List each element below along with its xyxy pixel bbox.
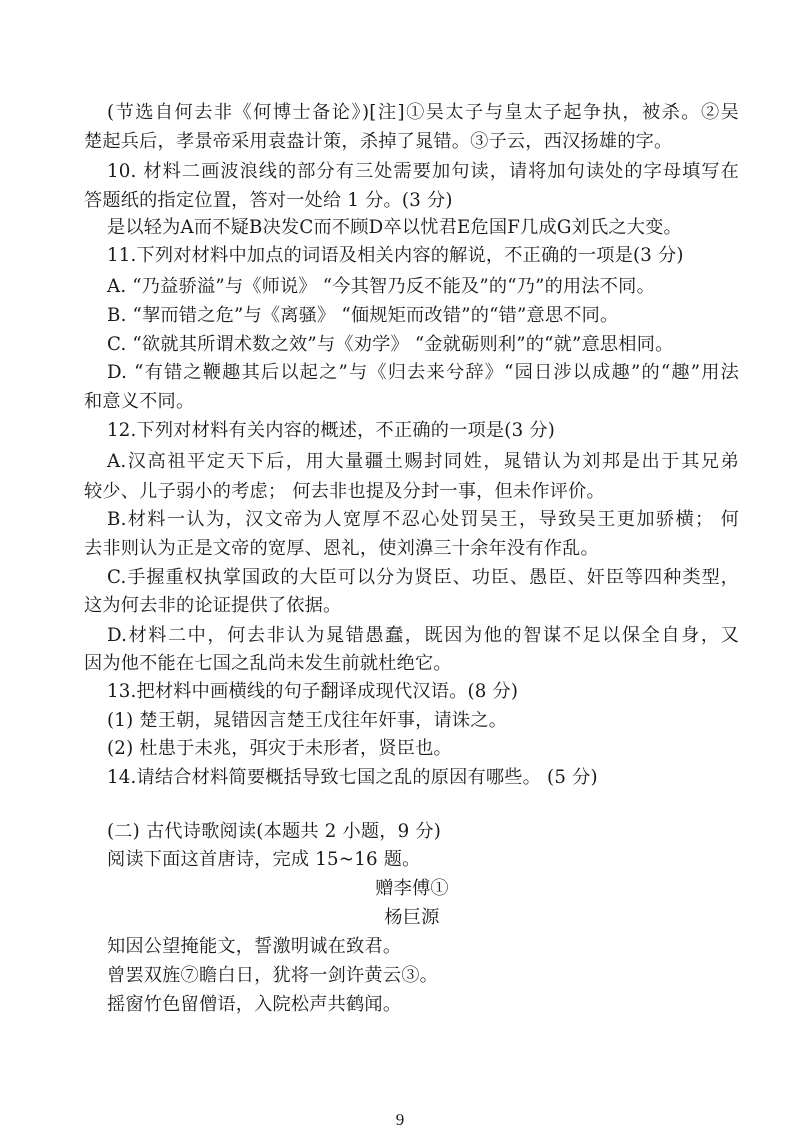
q11-option-c: C. “欲就其所谓术数之效”与《劝学》 “金就砺则利”的“就”意思相同。 xyxy=(107,333,747,357)
exam-page: (节选自何去非《何博士备论》)[注]①吴太子与皇太子起争执，被杀。②吴 楚起兵后… xyxy=(0,0,800,1132)
q12-stem: 12.下列对材料有关内容的概述，不正确的一项是(3 分) xyxy=(107,419,747,443)
q10-stem-line-1: 10. 材料二画波浪线的部分有三处需要加句读，请将加句读处的字母填写在 xyxy=(107,160,739,184)
q13-item-2: (2) 杜患于未兆，弭灾于未形者，贤臣也。 xyxy=(107,737,747,761)
q13-stem: 13.把材料中画横线的句子翻译成现代汉语。(8 分) xyxy=(107,680,747,704)
q11-option-d-line-1: D. “有错之鞭趣其后以起之”与《归去来兮辞》“园日涉以成趣”的“趣”用法 xyxy=(107,361,739,385)
poem-line-3: 摇窗竹色留僧语，入院松声共鹤闻。 xyxy=(107,993,747,1017)
q13-item-1: (1) 楚王朝，晁错因言楚王戊往年奸事，请诛之。 xyxy=(107,709,747,733)
q12-option-a-line-2: 较少、儿子弱小的考虑； 何去非也提及分封一事，但未作评价。 xyxy=(84,480,724,504)
q12-option-b-line-1: B.材料一认为，汉文帝为人宽厚不忍心处罚吴王，导致吴王更加骄横； 何 xyxy=(107,508,739,532)
q14-stem: 14.请结合材料简要概括导致七国之乱的原因有哪些。 (5 分) xyxy=(107,766,747,790)
notes-line-1: (节选自何去非《何博士备论》)[注]①吴太子与皇太子起争执，被杀。②吴 xyxy=(107,101,739,125)
poem-title: 赠李傅① xyxy=(12,877,800,901)
notes-line-2: 楚起兵后，孝景帝采用袁盎计策，杀掉了晁错。③子云，西汉扬雄的字。 xyxy=(84,130,724,154)
page-number: 9 xyxy=(0,1110,800,1130)
q11-stem: 11.下列对材料中加点的词语及相关内容的解说，不正确的一项是(3 分) xyxy=(107,244,747,268)
section-2-instruction: 阅读下面这首唐诗，完成 15~16 题。 xyxy=(107,848,747,872)
q12-option-c-line-2: 这为何去非的论证提供了依据。 xyxy=(84,594,724,618)
poem-line-1: 知因公望掩能文，誓激明诚在致君。 xyxy=(107,935,747,959)
q10-passage: 是以轻为A而不疑B决发C而不顾D卒以忧君E危国F几成G刘氏之大变。 xyxy=(107,216,747,240)
q12-option-d-line-1: D.材料二中，何去非认为晁错愚蠢，既因为他的智谋不足以保全自身，又 xyxy=(107,624,739,648)
q12-option-a-line-1: A.汉高祖平定天下后，用大量疆土赐封同姓，晁错认为刘邦是出于其兄弟 xyxy=(107,450,739,474)
q11-option-b: B. “挈而错之危”与《离骚》 “偭规矩而改错”的“错”意思不同。 xyxy=(107,304,747,328)
q10-stem-line-2: 答题纸的指定位置，答对一处给 1 分。(3 分) xyxy=(84,189,724,213)
q12-option-d-line-2: 因为他不能在七国之乱尚未发生前就杜绝它。 xyxy=(84,652,724,676)
q11-option-d-line-2: 和意义不同。 xyxy=(84,390,724,414)
poem-author: 杨巨源 xyxy=(12,906,800,930)
section-2-heading: (二) 古代诗歌阅读(本题共 2 小题，9 分) xyxy=(107,820,747,844)
q12-option-b-line-2: 去非则认为正是文帝的宽厚、恩礼，使刘濞三十余年没有作乱。 xyxy=(84,537,724,561)
poem-line-2: 曾罢双旌⑦瞻白日，犹将一剑许黄云③。 xyxy=(107,964,747,988)
q11-option-a: A. “乃益骄溢”与《师说》 “今其智乃反不能及”的“乃”的用法不同。 xyxy=(107,275,747,299)
q12-option-c-line-1: C.手握重权执掌国政的大臣可以分为贤臣、功臣、愚臣、奸臣等四种类型， xyxy=(107,566,739,590)
